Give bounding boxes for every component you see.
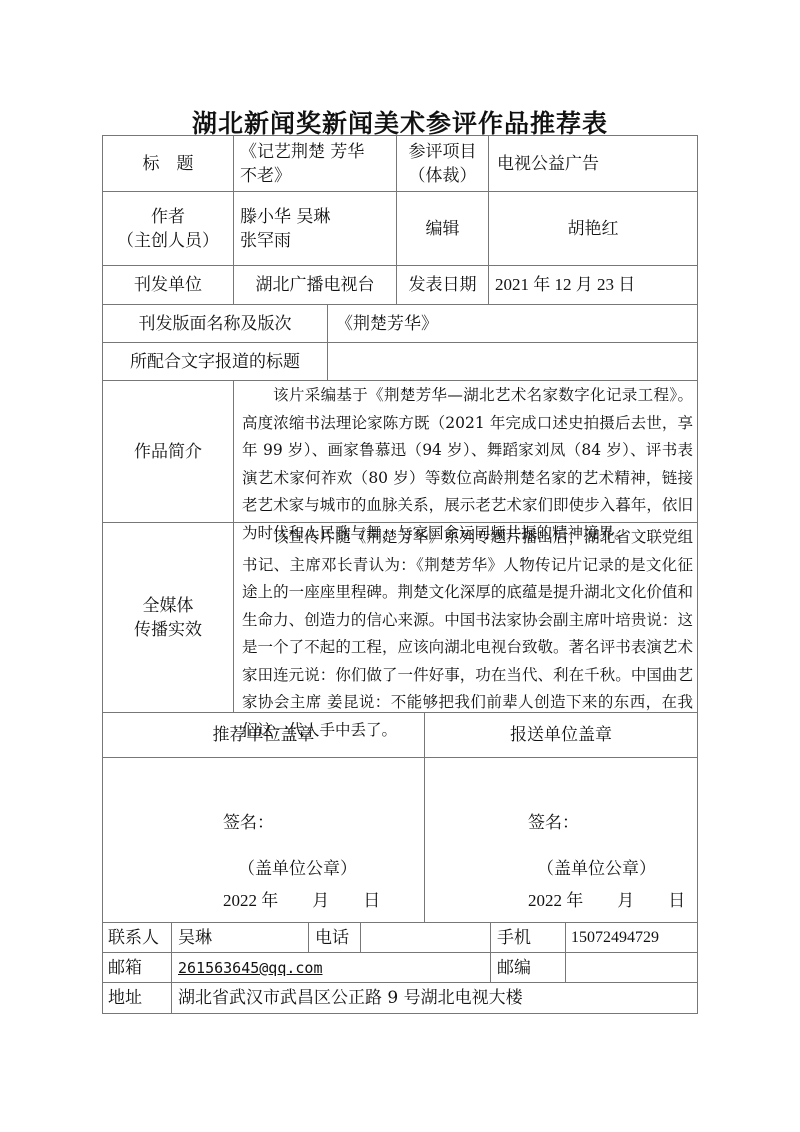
email-value: 261563645@qq.com (171, 952, 491, 983)
recommend-signature-label: 签名： (223, 808, 274, 833)
email-label: 邮箱 (102, 952, 172, 983)
edition-label: 刊发版面名称及版次 (102, 304, 328, 343)
recommend-seal-header: 推荐单位盖章 (102, 712, 425, 758)
related-report-label: 所配合文字报道的标题 (102, 342, 328, 381)
category-value: 电视公益广告 (488, 135, 698, 192)
category-label-line1: 参评项目 (409, 140, 477, 164)
email-label-text: 邮箱 (108, 956, 142, 980)
submit-seal-header: 报送单位盖章 (424, 712, 698, 758)
edition-label-text: 刊发版面名称及版次 (139, 312, 292, 336)
submit-seal-area: 签名： （盖单位公章） 2022 年 月 日 (424, 757, 698, 923)
recommend-date: 2022 年 月 日 (223, 886, 380, 911)
date-value-text: 2021 年 12 月 23 日 (495, 273, 635, 297)
mobile-value-text: 15072494729 (571, 926, 659, 950)
contact-value: 吴琳 (171, 922, 309, 953)
mobile-value: 15072494729 (565, 922, 698, 953)
title-label-text: 标 题 (143, 152, 194, 176)
impact-label-line2: 传播实效 (134, 618, 202, 642)
address-value: 湖北省武汉市武昌区公正路 9 号湖北电视大楼 (171, 982, 698, 1014)
postcode-label-text: 邮编 (497, 956, 531, 980)
authors-line2: 张罕雨 (240, 229, 330, 253)
phone-value (360, 922, 491, 953)
author-label-line1: 作者 (117, 205, 219, 229)
work-title-cell: 《记艺荆楚 芳华不老》 (233, 135, 397, 192)
category-label-line2: （体裁） (409, 164, 477, 188)
intro-label: 作品简介 (102, 380, 234, 523)
impact-label-line1: 全媒体 (134, 594, 202, 618)
editor-label-text: 编辑 (426, 217, 460, 241)
publisher-value-text: 湖北广播电视台 (256, 273, 375, 297)
edition-value-text: 《荆楚芳华》 (336, 312, 438, 336)
date-value: 2021 年 12 月 23 日 (488, 265, 698, 305)
recommend-seal-area: 签名： （盖单位公章） 2022 年 月 日 (102, 757, 425, 923)
mobile-label: 手机 (490, 922, 566, 953)
editor-value: 胡艳红 (488, 191, 698, 266)
editor-value-text: 胡艳红 (568, 217, 619, 241)
contact-value-text: 吴琳 (178, 926, 212, 950)
author-label: 作者（主创人员） (102, 191, 234, 266)
mobile-label-text: 手机 (497, 926, 531, 950)
recommend-stamp-label: （盖单位公章） (238, 854, 357, 879)
publisher-value: 湖北广播电视台 (233, 265, 397, 305)
phone-label-text: 电话 (315, 926, 349, 950)
submit-seal-header-text: 报送单位盖章 (510, 723, 612, 747)
work-title-line2: 不老》 (240, 164, 364, 188)
address-label: 地址 (102, 982, 172, 1014)
submit-date: 2022 年 月 日 (528, 886, 685, 911)
address-label-text: 地址 (108, 986, 142, 1010)
authors-cell: 滕小华 吴琳张罕雨 (233, 191, 397, 266)
author-label-line2: （主创人员） (117, 229, 219, 253)
title-label: 标 题 (102, 135, 234, 192)
related-report-label-text: 所配合文字报道的标题 (130, 350, 300, 374)
contact-label: 联系人 (102, 922, 172, 953)
publisher-label-text: 刊发单位 (134, 273, 202, 297)
submit-signature-label: 签名： (528, 808, 579, 833)
impact-text: 该宣传片随《荆楚芳华》系列专题片播出后，湖北省文联党组书记、主席邓长青认为：《荆… (233, 522, 698, 713)
date-label: 发表日期 (396, 265, 489, 305)
date-label-text: 发表日期 (409, 273, 477, 297)
postcode-value (565, 952, 698, 983)
intro-label-text: 作品简介 (134, 440, 202, 464)
contact-label-text: 联系人 (108, 926, 159, 950)
editor-label: 编辑 (396, 191, 489, 266)
recommend-seal-header-text: 推荐单位盖章 (213, 723, 315, 747)
postcode-label: 邮编 (490, 952, 566, 983)
publisher-label: 刊发单位 (102, 265, 234, 305)
related-report-value (327, 342, 698, 381)
submit-stamp-label: （盖单位公章） (537, 854, 656, 879)
edition-value: 《荆楚芳华》 (327, 304, 698, 343)
category-value-text: 电视公益广告 (497, 152, 599, 176)
address-value-text: 湖北省武汉市武昌区公正路 9 号湖北电视大楼 (178, 986, 523, 1010)
intro-text: 该片采编基于《荆楚芳华—湖北艺术名家数字化记录工程》。高度浓缩书法理论家陈方既（… (233, 380, 698, 523)
category-label: 参评项目（体裁） (396, 135, 489, 192)
authors-line1: 滕小华 吴琳 (240, 205, 330, 229)
email-link[interactable]: 261563645@qq.com (178, 956, 323, 980)
impact-label: 全媒体传播实效 (102, 522, 234, 713)
work-title-line1: 《记艺荆楚 芳华 (240, 140, 364, 164)
phone-label: 电话 (308, 922, 361, 953)
